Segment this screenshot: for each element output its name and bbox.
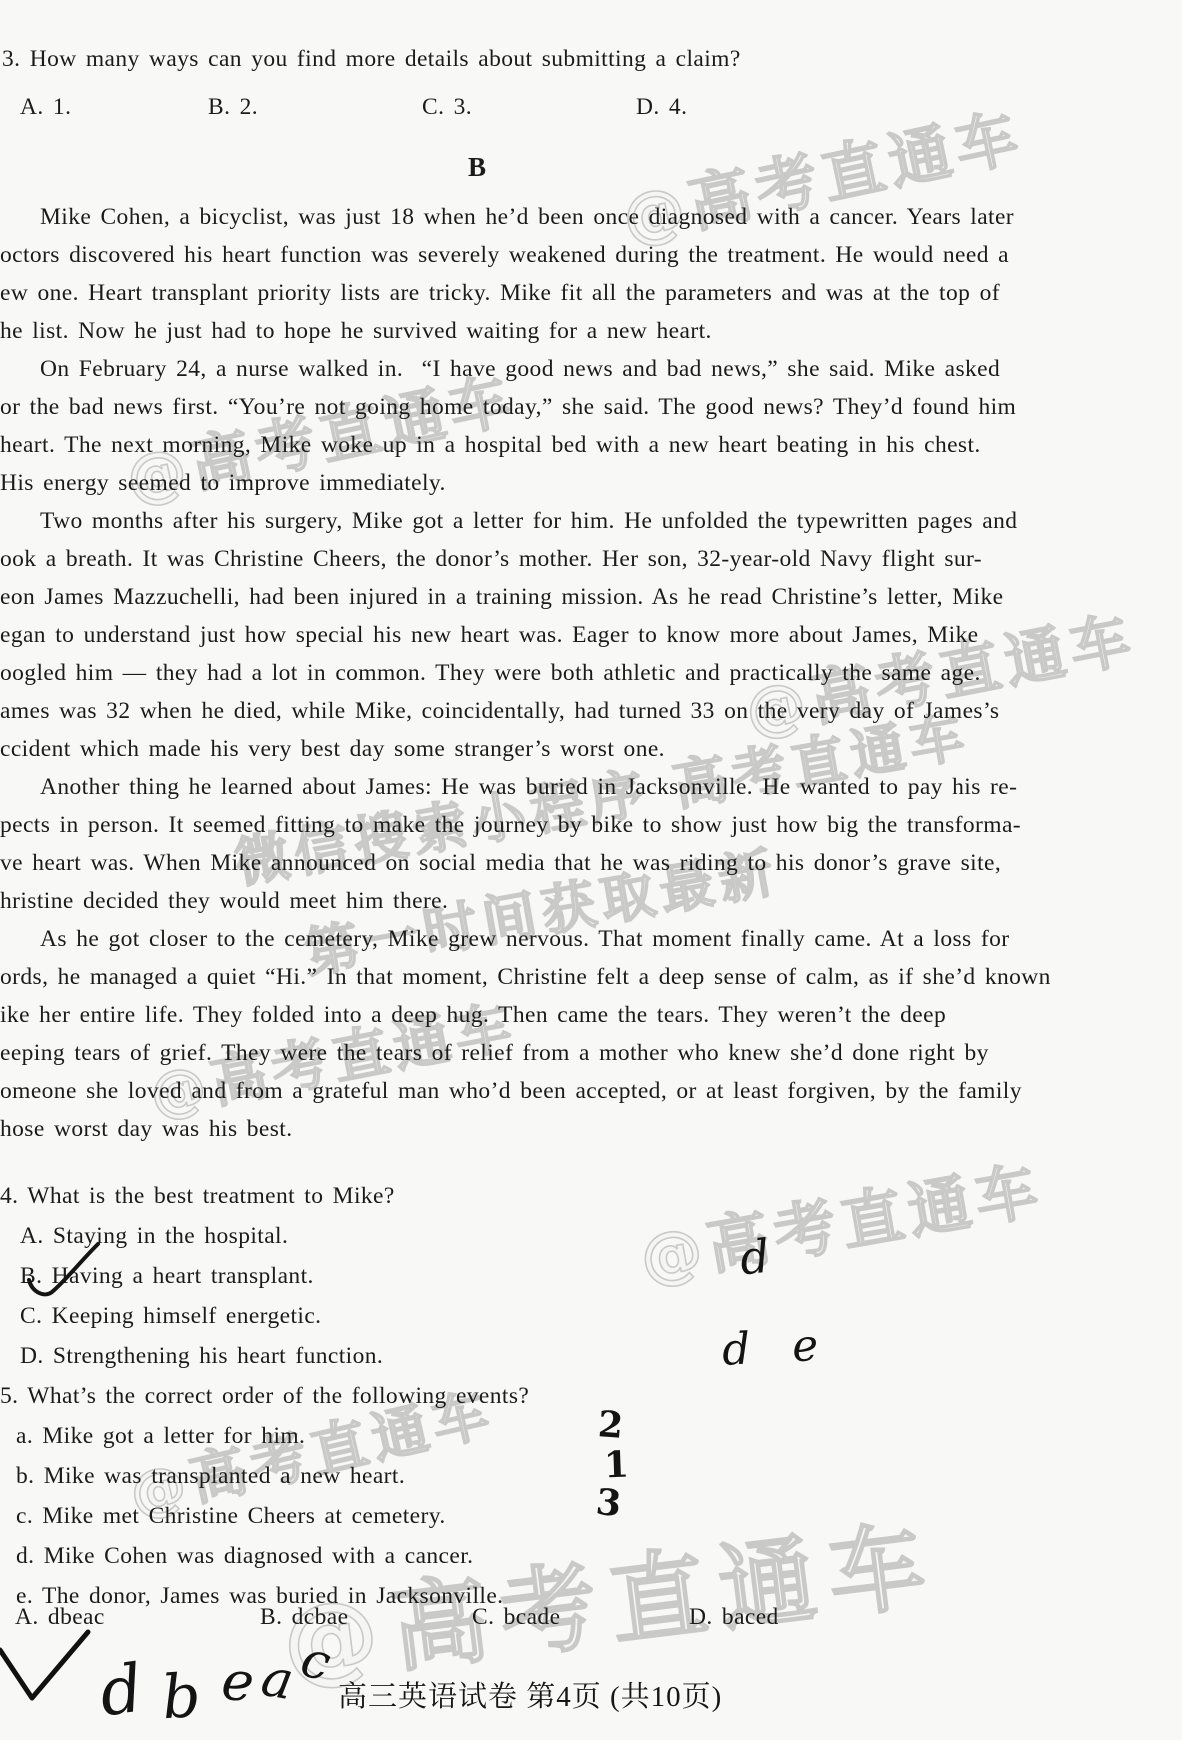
questions-block: 4. What is the best treatment to Mike? A… [0, 1176, 1182, 1616]
passage-line: ike her entire life. They folded into a … [0, 996, 1182, 1034]
question-34-stem: 4. What is the best treatment to Mike? [0, 1176, 1182, 1216]
passage-line: hristine decided they would meet him the… [0, 882, 1182, 920]
passage-line: As he got closer to the cemetery, Mike g… [0, 920, 1182, 958]
passage-line: On February 24, a nurse walked in. “I ha… [0, 350, 1182, 388]
passage-line: heart. The next morning, Mike woke up in… [0, 426, 1182, 464]
option-c: C. Keeping himself energetic. [0, 1296, 1182, 1336]
passage-line: Two months after his surgery, Mike got a… [0, 502, 1182, 540]
handwritten-tick-icon [22, 1240, 106, 1302]
passage-line: pects in person. It seemed fitting to ma… [0, 806, 1182, 844]
event-b: b. Mike was transplanted a new heart. [0, 1456, 1182, 1496]
option-a: A. Staying in the hospital. [0, 1216, 1182, 1256]
option-b: B. dcbae [260, 1604, 348, 1631]
passage-line: ve heart was. When Mike announced on soc… [0, 844, 1182, 882]
option-d: D. baced [689, 1604, 779, 1631]
question-33-stem: 3. How many ways can you find more detai… [2, 46, 1182, 73]
passage-line: Another thing he learned about James: He… [0, 768, 1182, 806]
handwritten-order-number: 2 [597, 1403, 625, 1447]
handwritten-order-number: 1 [603, 1444, 630, 1487]
handwritten-answer-letter: b [160, 1661, 203, 1734]
passage-line: ccident which made his very best day som… [0, 730, 1182, 768]
option-c: C. 3. [422, 94, 472, 121]
page-footer: 高三英语试卷 第4页 (共10页) [338, 1674, 722, 1715]
option-b: B. 2. [208, 94, 258, 121]
passage-line: he list. Now he just had to hope he surv… [0, 312, 1182, 350]
passage-line: Mike Cohen, a bicyclist, was just 18 whe… [0, 198, 1182, 236]
option-d: D. 4. [636, 94, 687, 121]
handwritten-margin-letter: d [737, 1229, 772, 1286]
question-35-options: A. dbeac B. dcbae C. bcade D. baced [0, 1604, 1182, 1644]
passage-line: octors discovered his heart function was… [0, 236, 1182, 274]
question-33-options: A. 1. B. 2. C. 3. D. 4. [0, 94, 1182, 130]
scanned-exam-page: @高考直通车 @高考直通车 @高考直通车 微信搜索小程序 高考直通车 第一时间获… [0, 0, 1182, 1740]
passage-line: ords, he managed a quiet “Hi.” In that m… [0, 958, 1182, 996]
event-d: d. Mike Cohen was diagnosed with a cance… [0, 1536, 1182, 1576]
passage-line: eon James Mazzuchelli, had been injured … [0, 578, 1182, 616]
event-a: a. Mike got a letter for him. [0, 1416, 1182, 1456]
option-d: D. Strengthening his heart function. [0, 1336, 1182, 1376]
handwritten-order-number: 3 [594, 1481, 623, 1525]
passage-line: or the bad news first. “You’re not going… [0, 388, 1182, 426]
passage-line: ook a breath. It was Christine Cheers, t… [0, 540, 1182, 578]
passage-line: ew one. Heart transplant priority lists … [0, 274, 1182, 312]
handwritten-margin-letters: d e [721, 1319, 834, 1376]
event-c: c. Mike met Christine Cheers at cemetery… [0, 1496, 1182, 1536]
passage-line: eeping tears of grief. They were the tea… [0, 1034, 1182, 1072]
passage-line: ames was 32 when he died, while Mike, co… [0, 692, 1182, 730]
passage-line: omeone she loved and from a grateful man… [0, 1072, 1182, 1110]
handwritten-answer-letter: e [219, 1649, 257, 1715]
passage-line: egan to understand just how special his … [0, 616, 1182, 654]
option-a: A. 1. [20, 94, 71, 121]
section-label: B [468, 152, 1182, 183]
handwritten-answer-letter: d [95, 1649, 148, 1731]
handwritten-answer-letter: a [257, 1648, 298, 1712]
question-35-stem: 5. What’s the correct order of the follo… [0, 1376, 1182, 1416]
option-c: C. bcade [472, 1604, 560, 1631]
handwritten-check-icon [0, 1624, 94, 1708]
passage-line: oogled him — they had a lot in common. T… [0, 654, 1182, 692]
option-b: B. Having a heart transplant. [0, 1256, 1182, 1296]
passage-line: His energy seemed to improve immediately… [0, 464, 1182, 502]
reading-passage: Mike Cohen, a bicyclist, was just 18 whe… [0, 198, 1182, 1148]
passage-line: hose worst day was his best. [0, 1110, 1182, 1148]
